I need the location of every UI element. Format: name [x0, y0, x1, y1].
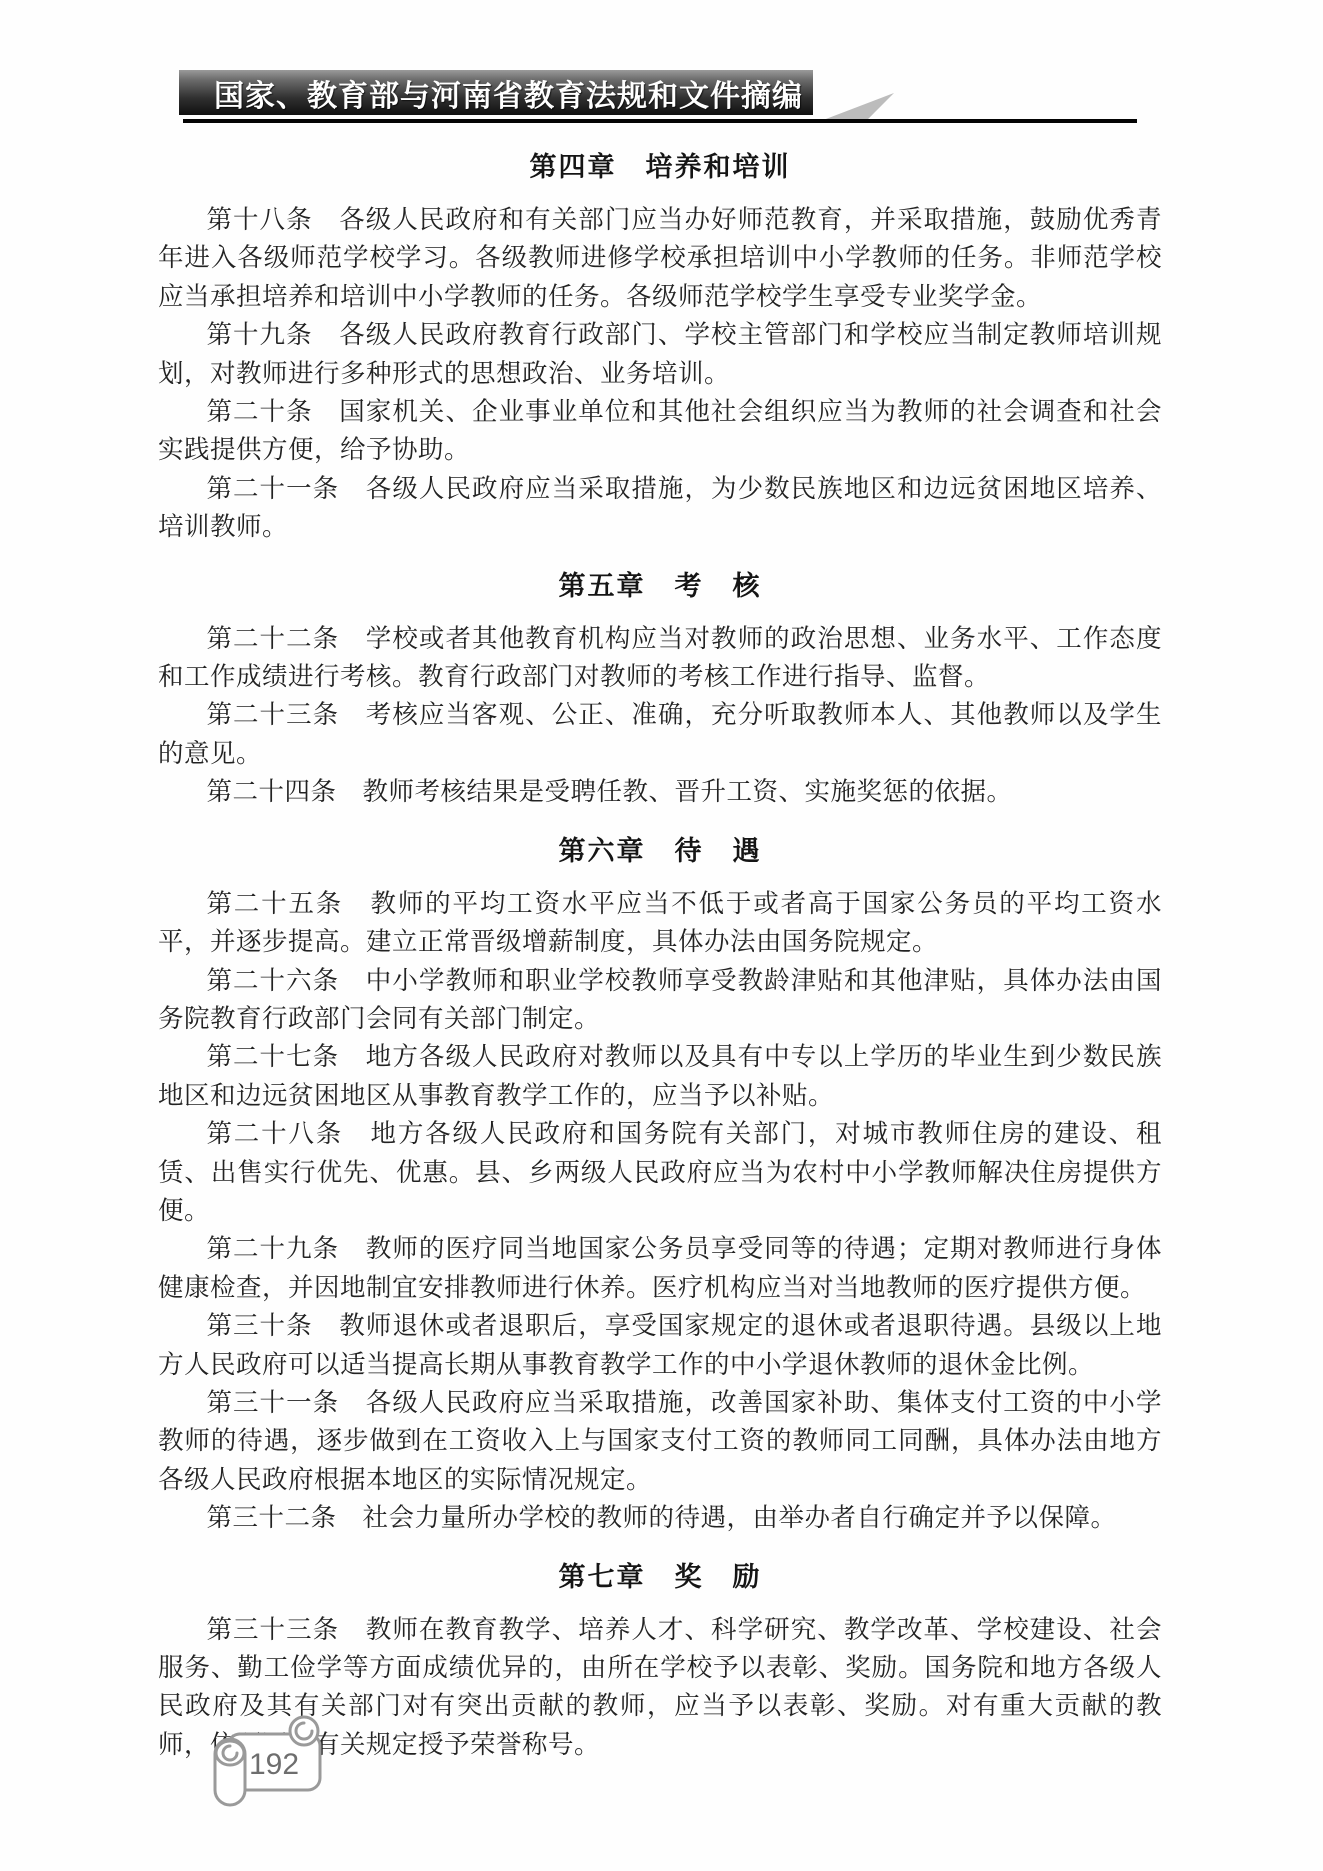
- chapter-heading-5: 第五章 考 核: [158, 567, 1162, 605]
- page-number: 192: [249, 1748, 299, 1781]
- chapter-heading-6: 第六章 待 遇: [158, 832, 1162, 870]
- article-23-paragraph: 第二十三条 考核应当客观、公正、准确，充分听取教师本人、其他教师以及学生的意见。: [158, 696, 1162, 773]
- article-22-paragraph: 第二十二条 学校或者其他教育机构应当对教师的政治思想、业务水平、工作态度和工作成…: [158, 620, 1162, 697]
- article-20-paragraph: 第二十条 国家机关、企业事业单位和其他社会组织应当为教师的社会调查和社会实践提供…: [158, 393, 1162, 470]
- chapter-heading-4: 第四章 培养和培训: [158, 148, 1162, 186]
- header-banner: 国家、教育部与河南省教育法规和文件摘编: [179, 70, 813, 115]
- article-24-paragraph: 第二十四条 教师考核结果是受聘任教、晋升工资、实施奖惩的依据。: [158, 773, 1162, 811]
- document-content: 第四章 培养和培训 第十八条 各级人民政府和有关部门应当办好师范教育，并采取措施…: [158, 148, 1162, 1764]
- article-27-paragraph: 第二十七条 地方各级人民政府对教师以及具有中专以上学历的毕业生到少数民族地区和边…: [158, 1038, 1162, 1115]
- document-page: 国家、教育部与河南省教育法规和文件摘编 第四章 培养和培训 第十八条 各级人民政…: [0, 0, 1323, 1871]
- scroll-icon: 192: [204, 1712, 334, 1810]
- arrow-icon: [818, 93, 894, 122]
- article-19-paragraph: 第十九条 各级人民政府教育行政部门、学校主管部门和学校应当制定教师培训规划，对教…: [158, 316, 1162, 393]
- article-31-paragraph: 第三十一条 各级人民政府应当采取措施，改善国家补助、集体支付工资的中小学教师的待…: [158, 1384, 1162, 1499]
- article-25-paragraph: 第二十五条 教师的平均工资水平应当不低于或者高于国家公务员的平均工资水平，并逐步…: [158, 885, 1162, 962]
- article-21-paragraph: 第二十一条 各级人民政府应当采取措施，为少数民族地区和边远贫困地区培养、培训教师…: [158, 470, 1162, 547]
- header-divider: [183, 119, 1137, 123]
- page-number-scroll: 192: [204, 1712, 334, 1810]
- article-29-paragraph: 第二十九条 教师的医疗同当地国家公务员享受同等的待遇；定期对教师进行身体健康检查…: [158, 1230, 1162, 1307]
- article-30-paragraph: 第三十条 教师退休或者退职后，享受国家规定的退休或者退职待遇。县级以上地方人民政…: [158, 1307, 1162, 1384]
- header-banner-title: 国家、教育部与河南省教育法规和文件摘编: [214, 71, 803, 115]
- article-18-paragraph: 第十八条 各级人民政府和有关部门应当办好师范教育，并采取措施，鼓励优秀青年进入各…: [158, 201, 1162, 316]
- chapter-heading-7: 第七章 奖 励: [158, 1558, 1162, 1596]
- article-32-paragraph: 第三十二条 社会力量所办学校的教师的待遇，由举办者自行确定并予以保障。: [158, 1499, 1162, 1537]
- article-26-paragraph: 第二十六条 中小学教师和职业学校教师享受教龄津贴和其他津贴，具体办法由国务院教育…: [158, 962, 1162, 1039]
- article-28-paragraph: 第二十八条 地方各级人民政府和国务院有关部门，对城市教师住房的建设、租赁、出售实…: [158, 1115, 1162, 1230]
